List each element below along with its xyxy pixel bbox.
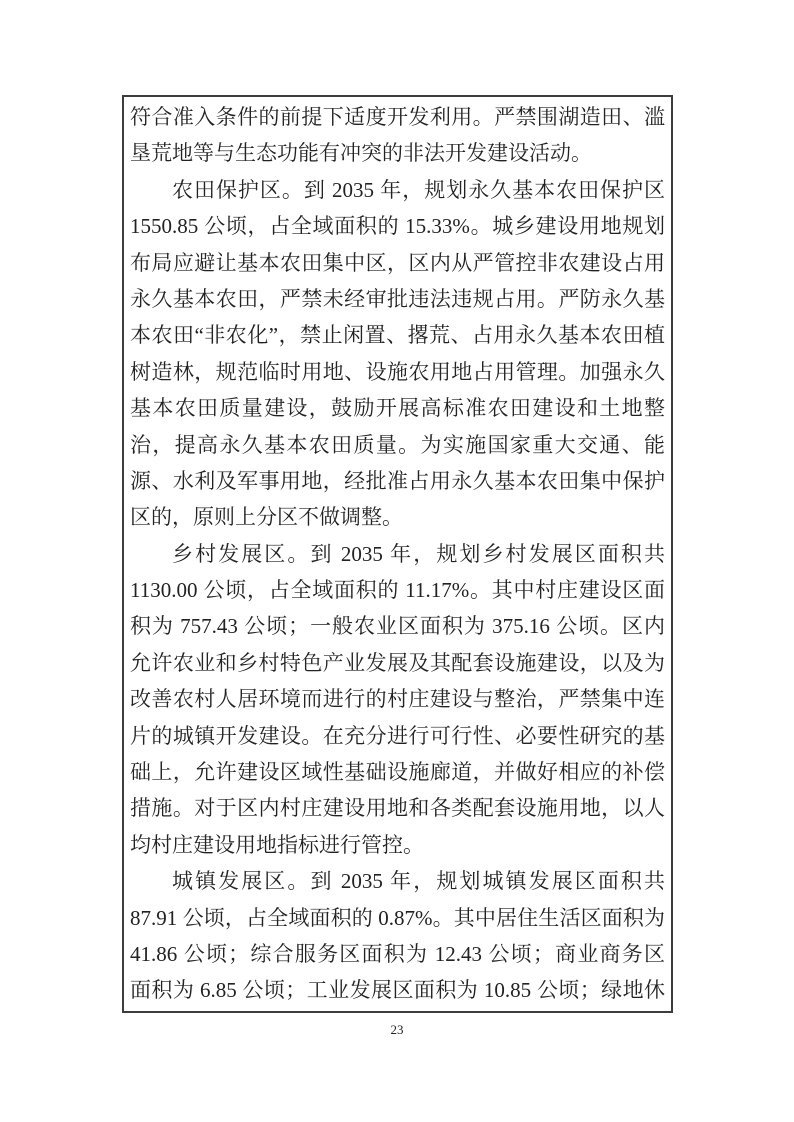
text-line: 本农田“非农化”，禁止闲置、撂荒、占用永久基本农田植 — [130, 317, 665, 353]
text-line: 治，提高永久基本农田质量。为实施国家重大交通、能 — [130, 427, 665, 463]
text-line: 农田保护区。到 2035 年，规划永久基本农田保护区共 — [130, 172, 665, 208]
text-line: 措施。对于区内村庄建设用地和各类配套设施用地，以人 — [130, 790, 665, 826]
text-line: 均村庄建设用地指标进行管控。 — [130, 827, 665, 863]
text-line: 允许农业和乡村特色产业发展及其配套设施建设，以及为 — [130, 645, 665, 681]
text-line: 永久基本农田，严禁未经审批违法违规占用。严防永久基 — [130, 281, 665, 317]
page-number: 23 — [0, 1022, 794, 1038]
text-line: 区的，原则上分区不做调整。 — [130, 499, 665, 535]
text-line: 城镇发展区。到 2035 年，规划城镇发展区面积共 — [130, 863, 665, 899]
text-line: 41.86 公顷；综合服务区面积为 12.43 公顷；商业商务区 — [130, 936, 665, 972]
text-line: 布局应避让基本农田集中区，区内从严管控非农建设占用 — [130, 245, 665, 281]
text-line: 积为 757.43 公顷；一般农业区面积为 375.16 公顷。区内 — [130, 608, 665, 644]
text-line: 1550.85 公顷，占全域面积的 15.33%。城乡建设用地规划 — [130, 208, 665, 244]
text-line: 源、水利及军事用地，经批准占用永久基本农田集中保护 — [130, 463, 665, 499]
text-line: 树造林，规范临时用地、设施农用地占用管理。加强永久 — [130, 354, 665, 390]
text-line: 础上，允许建设区域性基础设施廊道，并做好相应的补偿 — [130, 754, 665, 790]
text-line: 1130.00 公顷，占全域面积的 11.17%。其中村庄建设区面 — [130, 572, 665, 608]
text-line: 面积为 6.85 公顷；工业发展区面积为 10.85 公顷；绿地休 — [130, 972, 665, 1008]
text-line: 乡村发展区。到 2035 年，规划乡村发展区面积共 — [130, 536, 665, 572]
document-text-frame: 符合准入条件的前提下适度开发利用。严禁围湖造田、滥 垦荒地等与生态功能有冲突的非… — [122, 95, 673, 1013]
text-line: 改善农村人居环境而进行的村庄建设与整治，严禁集中连 — [130, 681, 665, 717]
text-line: 符合准入条件的前提下适度开发利用。严禁围湖造田、滥 — [130, 99, 665, 135]
text-line: 基本农田质量建设，鼓励开展高标准农田建设和土地整 — [130, 390, 665, 426]
text-line: 垦荒地等与生态功能有冲突的非法开发建设活动。 — [130, 135, 665, 171]
text-line: 片的城镇开发建设。在充分进行可行性、必要性研究的基 — [130, 718, 665, 754]
text-line: 87.91 公顷，占全域面积的 0.87%。其中居住生活区面积为 — [130, 900, 665, 936]
